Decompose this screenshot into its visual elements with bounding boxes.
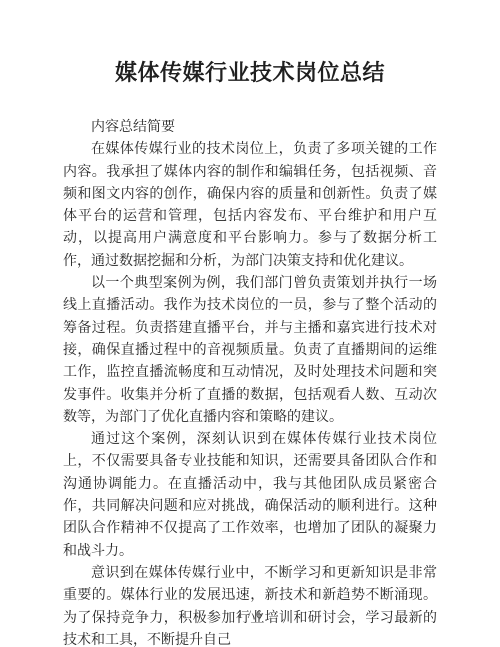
page-number: 1 / 6	[0, 609, 500, 621]
paragraph-overview: 在媒体传媒行业的技术岗位上，负责了多项关键的工作内容。我承担了媒体内容的制作和编…	[63, 139, 437, 273]
document-body: 内容总结简要 在媒体传媒行业的技术岗位上，负责了多项关键的工作内容。我承担了媒体…	[63, 117, 437, 647]
paragraph-learning: 意识到在媒体传媒行业中，不断学习和更新知识是非常重要的。媒体行业的发展迅速，新技…	[63, 563, 437, 647]
paragraph-summary-label: 内容总结简要	[63, 117, 437, 139]
document-title: 媒体传媒行业技术岗位总结	[40, 56, 460, 90]
paragraph-case-study: 以一个典型案例为例，我们部门曾负责策划并执行一场线上直播活动。我作为技术岗位的一…	[63, 273, 437, 429]
paragraph-teamwork: 通过这个案例，深刻认识到在媒体传媒行业技术岗位上，不仅需要具备专业技能和知识，还…	[63, 429, 437, 563]
document-page: 媒体传媒行业技术岗位总结 内容总结简要 在媒体传媒行业的技术岗位上，负责了多项关…	[0, 0, 500, 647]
